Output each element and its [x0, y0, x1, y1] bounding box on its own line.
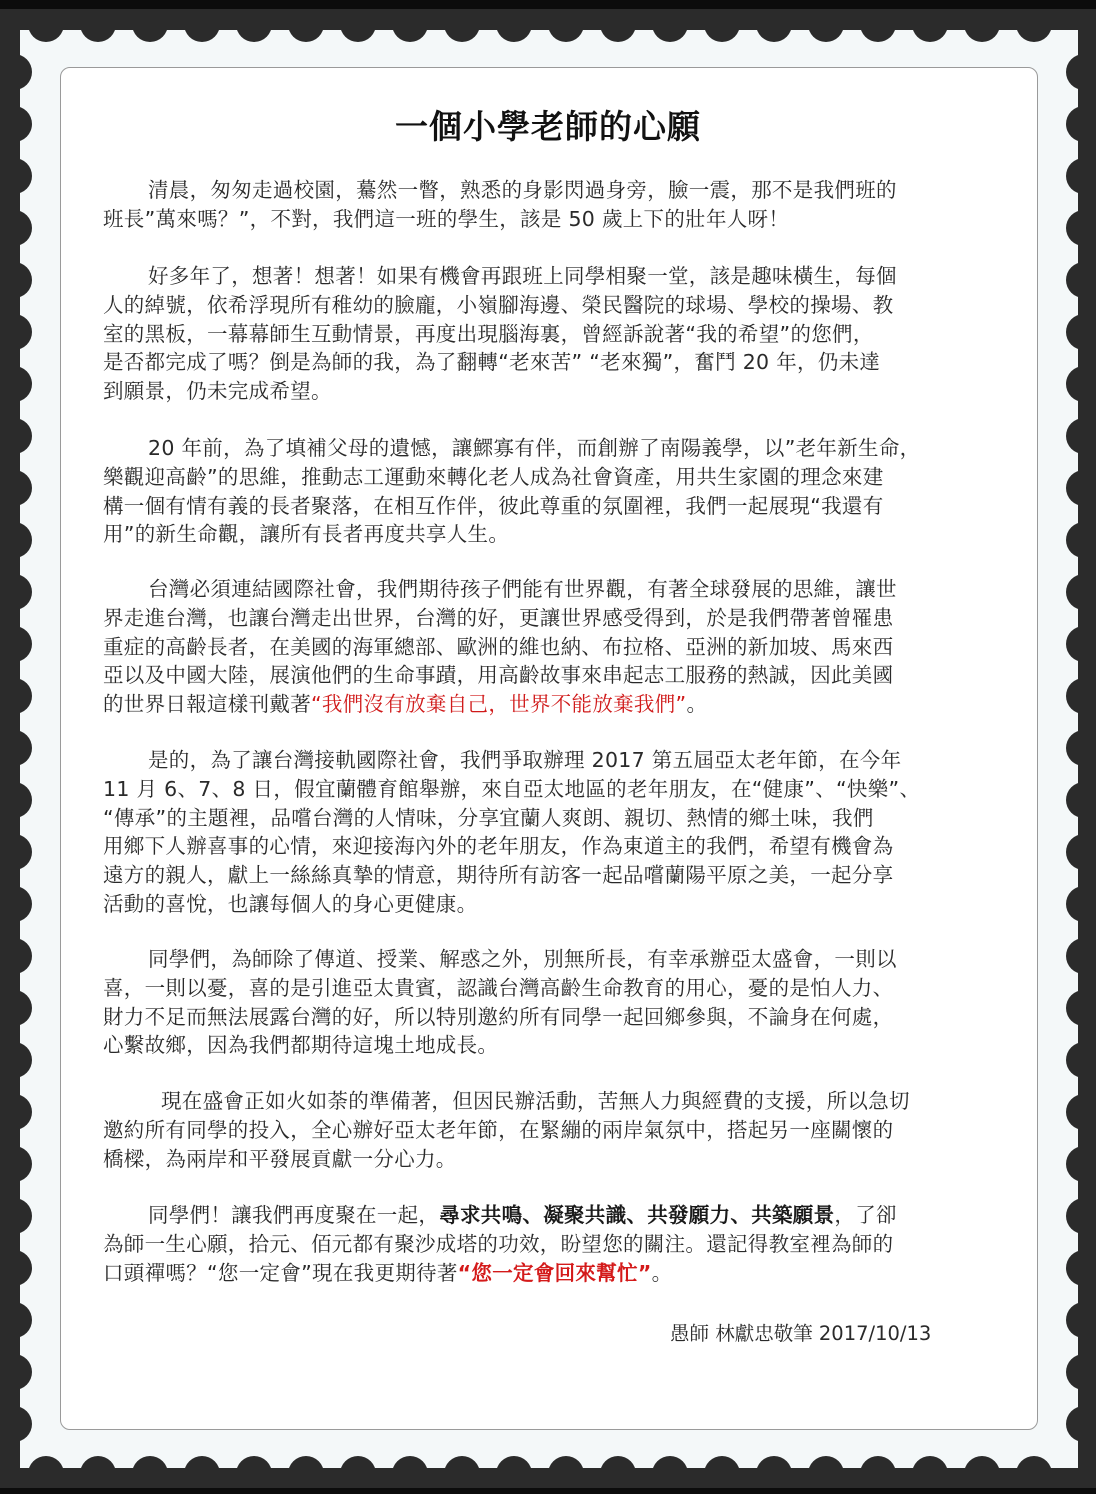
text-line: 構一個有情有義的長者聚落，在相互作伴，彼此尊重的氛圍裡，我們一起展現“我還有: [103, 492, 1003, 521]
text-segment: 的世界日報這樣刊戴著: [103, 692, 311, 716]
signature: 愚師 林獻忠敬筆 2017/10/13: [670, 1318, 931, 1346]
text-line: 清晨，匆匆走過校園，驀然一瞥，熟悉的身影閃過身旁，臉一震，那不是我們班的: [103, 176, 1003, 205]
text-line: 樂觀迎高齡”的思維，推動志工運動來轉化老人成為社會資產，用共生家園的理念來建: [103, 463, 1003, 492]
document-title: 一個小學老師的心願: [0, 101, 1096, 148]
text-line: 遠方的親人，獻上一絲絲真摯的情意，期待所有訪客一起品嚐蘭陽平原之美，一起分享: [103, 861, 1003, 890]
paragraph-8: 同學們！讓我們再度聚在一起，尋求共鳴、凝聚共識、共發願力、共築願景，了卻 為師一…: [103, 1201, 1003, 1287]
text-line: 好多年了，想著！想著！如果有機會再跟班上同學相聚一堂，該是趣味橫生，每個: [103, 262, 1003, 291]
text-line: 現在盛會正如火如荼的準備著，但因民辦活動，苦無人力與經費的支援，所以急切: [103, 1087, 1003, 1116]
text-line: 的世界日報這樣刊戴著“我們沒有放棄自己，世界不能放棄我們”。: [103, 690, 1003, 719]
text-line: “傳承”的主題裡，品嚐台灣的人情味，分享宜蘭人爽朗、親切、熱情的鄉土味，我們: [103, 804, 1003, 833]
text-line: 人的綽號，依希浮現所有稚幼的臉龐，小嶺腳海邊、榮民醫院的球場、學校的操場、教: [103, 291, 1003, 320]
text-segment: 。: [652, 1261, 673, 1285]
text-line: 亞以及中國大陸，展演他們的生命事蹟，用高齡故事來串起志工服務的熱誠，因此美國: [103, 661, 1003, 690]
text-line: 為師一生心願，拾元、佰元都有聚沙成塔的功效，盼望您的關注。還記得教室裡為師的: [103, 1230, 1003, 1259]
paragraph-5: 是的，為了讓台灣接軌國際社會，我們爭取辦理 2017 第五屆亞太老年節，在今年 …: [103, 746, 1003, 919]
paragraph-3: 20 年前，為了填補父母的遺憾，讓鰥寡有伴，而創辦了南陽義學，以”老年新生命， …: [103, 434, 1003, 549]
text-line: 台灣必須連結國際社會，我們期待孩子們能有世界觀，有著全球發展的思維，讓世: [103, 575, 1003, 604]
text-line: 活動的喜悅，也讓每個人的身心更健康。: [103, 890, 1003, 919]
text-line: 室的黑板，一幕幕師生互動情景，再度出現腦海裏，曾經訴說著“我的希望”的您們，: [103, 320, 1003, 349]
text-line: 財力不足而無法展露台灣的好，所以特別邀約所有同學一起回鄉參與，不論身在何處，: [103, 1003, 1003, 1032]
text-line: 同學們！讓我們再度聚在一起，尋求共鳴、凝聚共識、共發願力、共築願景，了卻: [103, 1201, 1003, 1230]
text-line: 心繫故鄉，因為我們都期待這塊土地成長。: [103, 1031, 1003, 1060]
text-line: 用鄉下人辦喜事的心情，來迎接海內外的老年朋友，作為東道主的我們，希望有機會為: [103, 832, 1003, 861]
text-segment: 。: [686, 692, 707, 716]
text-line: 橋樑，為兩岸和平發展貢獻一分心力。: [103, 1145, 1003, 1174]
paragraph-6: 同學們，為師除了傳道、授業、解惑之外，別無所長，有幸承辦亞太盛會，一則以 喜，一…: [103, 945, 1003, 1060]
bold-emphasis: 尋求共鳴、凝聚共識、共發願力、共築願景: [439, 1203, 834, 1227]
text-line: 是否都完成了嗎？倒是為師的我，為了翻轉“老來苦” “老來獨”，奮鬥 20 年，仍…: [103, 348, 1003, 377]
text-line: 是的，為了讓台灣接軌國際社會，我們爭取辦理 2017 第五屆亞太老年節，在今年: [103, 746, 1003, 775]
text-line: 喜，一則以憂，喜的是引進亞太貴賓，認識台灣高齡生命教育的用心，憂的是怕人力、: [103, 974, 1003, 1003]
text-line: 班長”萬來嗎？”，不對，我們這一班的學生，該是 50 歲上下的壯年人呀！: [103, 205, 1003, 234]
text-segment: 口頭禪嗎？“您一定會”現在我更期待著: [103, 1261, 458, 1285]
red-highlight-quote: “我們沒有放棄自己，世界不能放棄我們”: [311, 692, 686, 716]
paragraph-1: 清晨，匆匆走過校園，驀然一瞥，熟悉的身影閃過身旁，臉一震，那不是我們班的 班長”…: [103, 176, 1003, 234]
text-segment: ，了卻: [834, 1203, 896, 1227]
text-line: 重症的高齡長者，在美國的海軍總部、歐洲的維也納、布拉格、亞洲的新加坡、馬來西: [103, 633, 1003, 662]
text-line: 同學們，為師除了傳道、授業、解惑之外，別無所長，有幸承辦亞太盛會，一則以: [103, 945, 1003, 974]
text-line: 11 月 6、7、8 日，假宜蘭體育館舉辦，來自亞太地區的老年朋友，在“健康”、…: [103, 775, 1003, 804]
text-line: 邀約所有同學的投入，全心辦好亞太老年節，在緊繃的兩岸氣氛中，搭起另一座關懷的: [103, 1116, 1003, 1145]
paragraph-7: 現在盛會正如火如荼的準備著，但因民辦活動，苦無人力與經費的支援，所以急切 邀約所…: [103, 1087, 1003, 1173]
text-line: 界走進台灣，也讓台灣走出世界，台灣的好，更讓世界感受得到，於是我們帶著曾罹患: [103, 604, 1003, 633]
bottom-black-bar: [0, 1488, 1096, 1494]
paragraph-2: 好多年了，想著！想著！如果有機會再跟班上同學相聚一堂，該是趣味橫生，每個 人的綽…: [103, 262, 1003, 406]
text-line: 到願景，仍未完成希望。: [103, 377, 1003, 406]
paragraph-4: 台灣必須連結國際社會，我們期待孩子們能有世界觀，有著全球發展的思維，讓世 界走進…: [103, 575, 1003, 719]
text-segment: 同學們！讓我們再度聚在一起，: [148, 1203, 439, 1227]
text-line: 20 年前，為了填補父母的遺憾，讓鰥寡有伴，而創辦了南陽義學，以”老年新生命，: [103, 434, 1003, 463]
red-highlight-quote: “您一定會回來幫忙”: [458, 1261, 652, 1285]
text-line: 口頭禪嗎？“您一定會”現在我更期待著“您一定會回來幫忙”。: [103, 1259, 1003, 1288]
text-line: 用”的新生命觀，讓所有長者再度共享人生。: [103, 520, 1003, 549]
